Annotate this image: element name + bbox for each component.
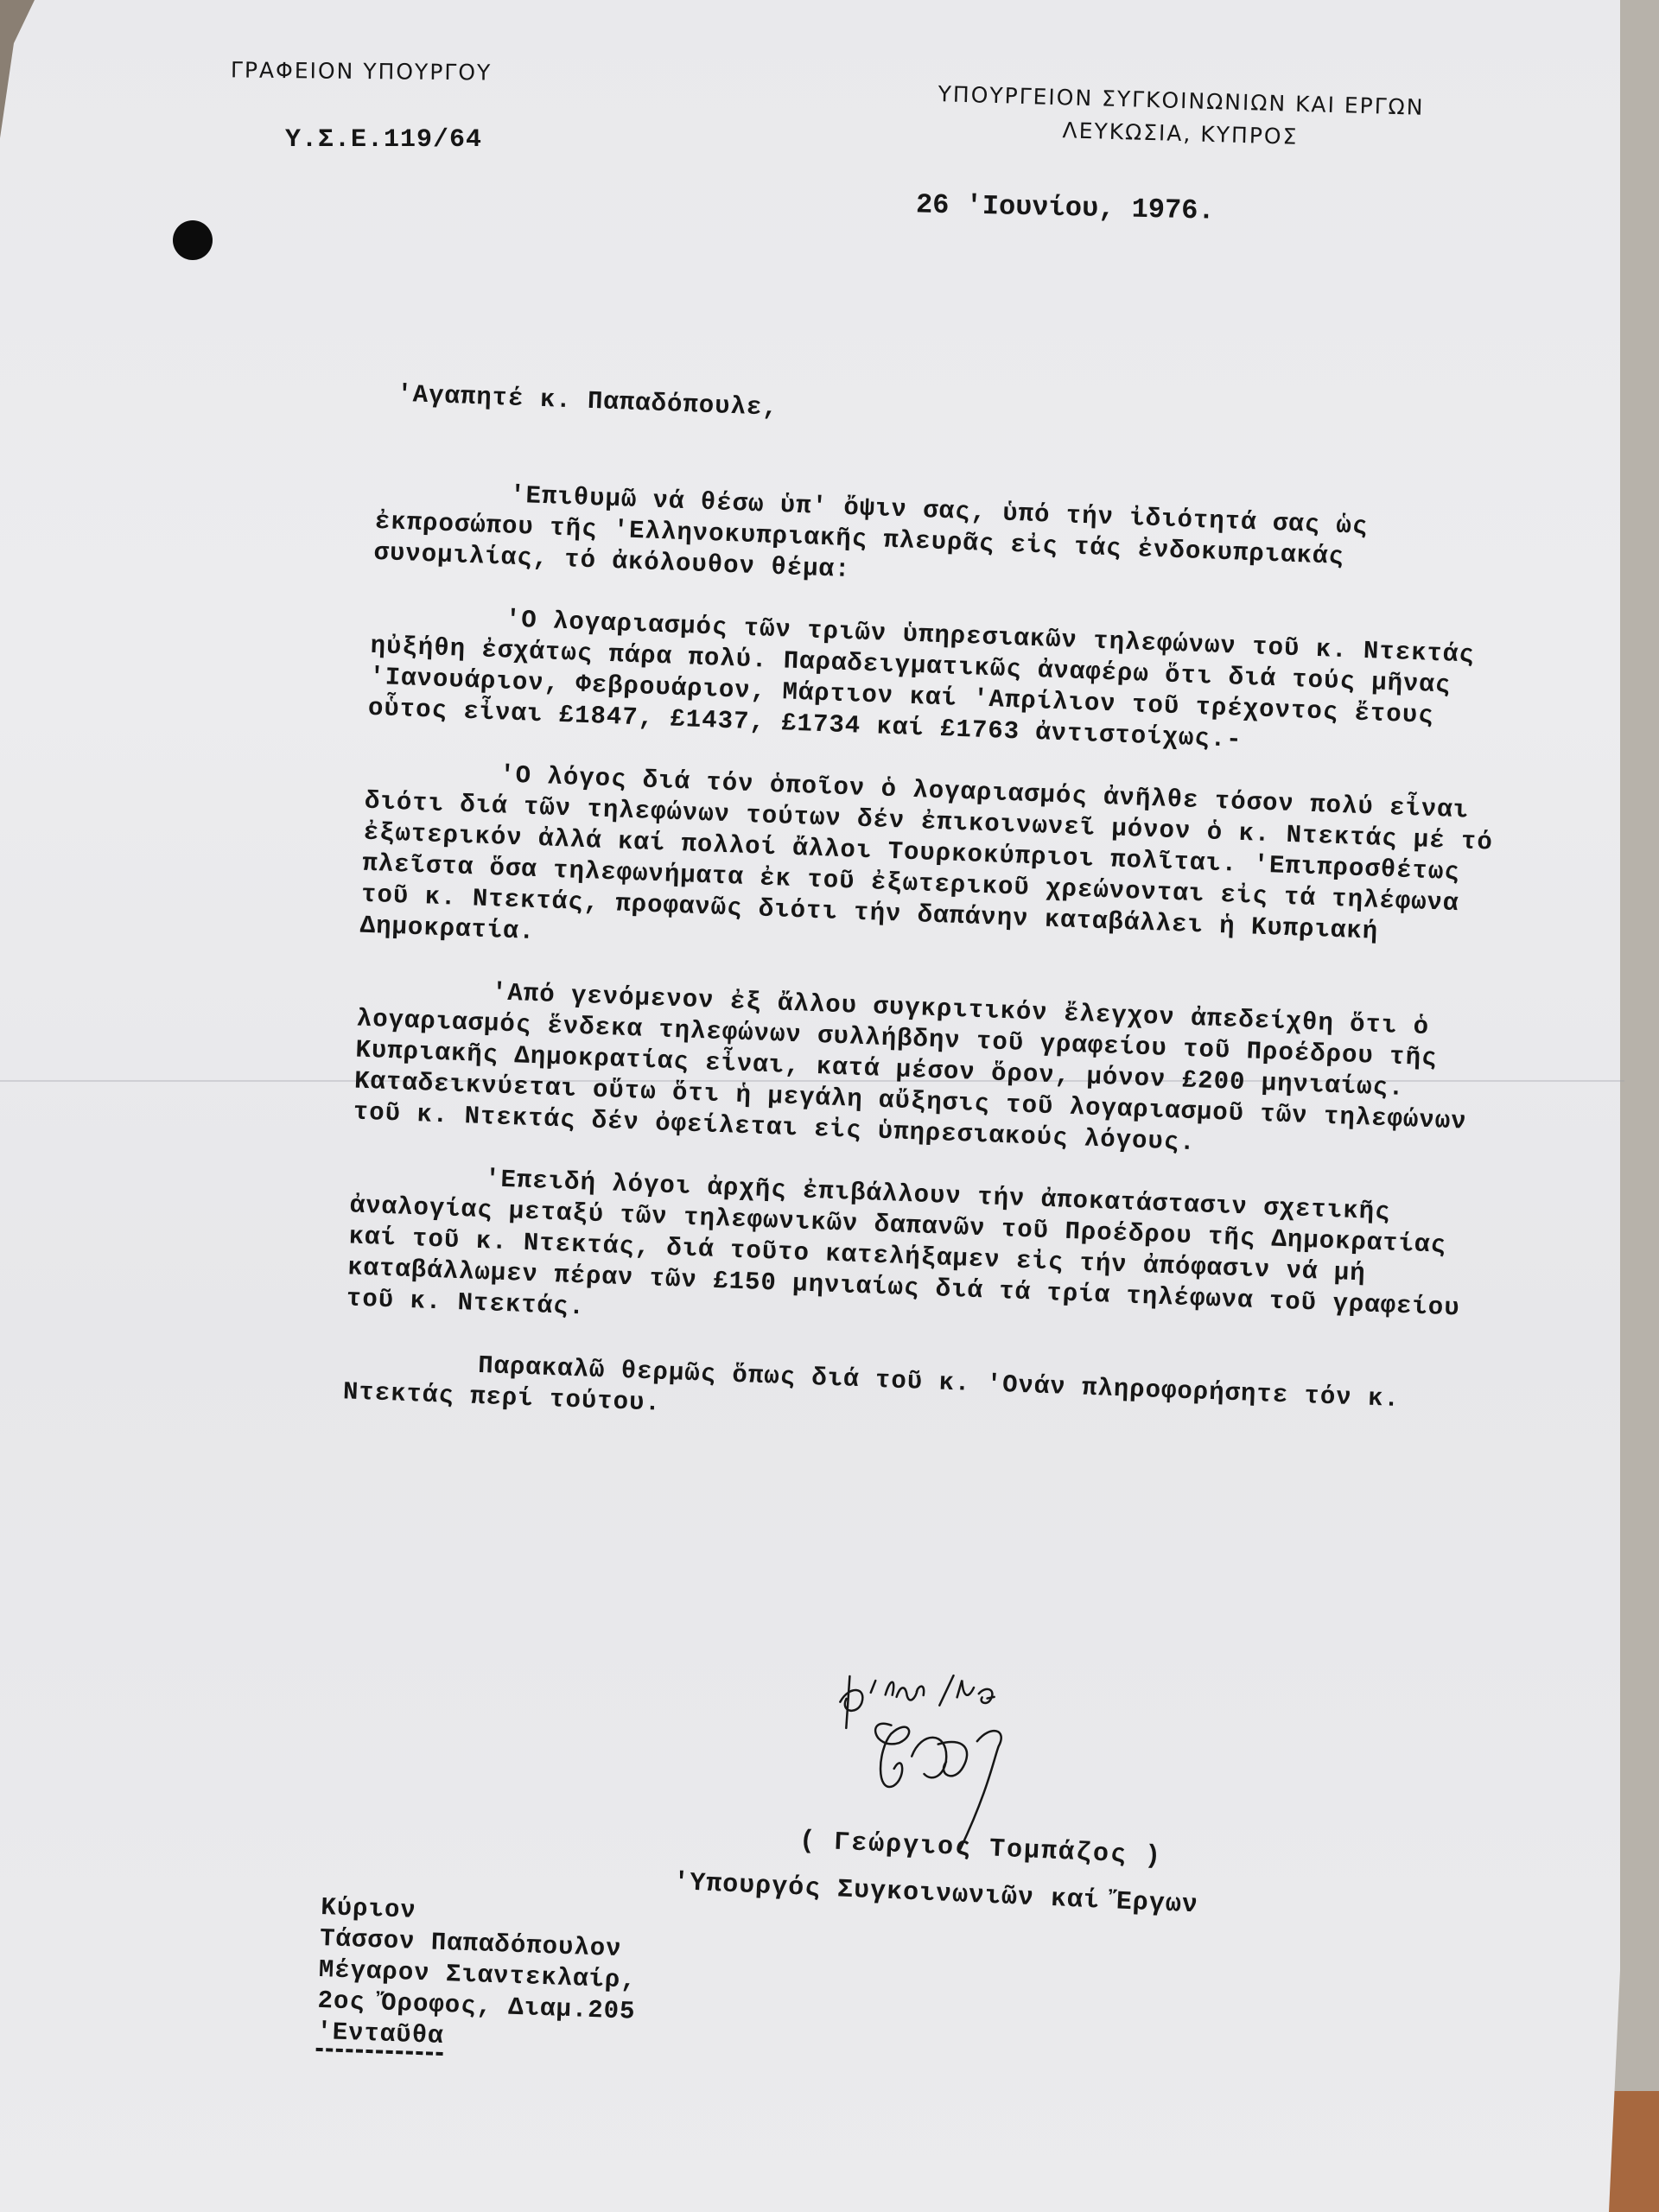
- reference-number: Υ.Σ.Ε.119/64: [285, 125, 482, 155]
- paragraph: 'Ο λόγος διά τόν ὁποῖον ὁ λογαριασμός ἀν…: [359, 755, 1506, 983]
- paragraph: 'Επειδή λόγοι ἀρχῆς ἐπιβάλλουν τήν ἀποκα…: [346, 1159, 1491, 1356]
- recipient-address: Κύριον Τάσσον Παπαδόπουλον Μέγαρον Σιαντ…: [316, 1892, 639, 2059]
- signer-title: 'Υπουργός Συγκοινωνιῶν καί Ἔργων: [673, 1868, 1199, 1920]
- letter-body: 'Αγαπητέ κ. Παπαδόπουλε, 'Επιθυμῶ νά θέσ…: [341, 378, 1520, 1481]
- salutation: 'Αγαπητέ κ. Παπαδόπουλε,: [397, 379, 1520, 452]
- punch-hole: [173, 220, 213, 260]
- letter-date: 26 'Ιουνίου, 1976.: [916, 188, 1215, 226]
- paragraph: 'Από γενόμενον ἐξ ἄλλου συγκριτικόν ἔλεγ…: [353, 973, 1498, 1170]
- recipient-locality: 'Ενταῦθα: [316, 2018, 445, 2056]
- ministry-letterhead: ΥΠΟΥΡΓΕΙΟΝ ΣΥΓΚΟΙΝΩΝΙΩΝ ΚΑΙ ΕΡΓΩΝ ΛΕΥΚΩΣ…: [937, 78, 1425, 157]
- paragraph: Παρακαλῶ θερμῶς ὅπως διά τοῦ κ. 'Ονάν πλ…: [342, 1345, 1484, 1449]
- paragraph: 'Επιθυμῶ νά θέσω ὑπ' ὄψιν σας, ὑπό τήν ἰ…: [373, 475, 1516, 610]
- office-heading: ΓΡΑΦΕΙΟΝ ΥΠΟΥΡΓΟΥ: [231, 57, 493, 85]
- letter-page: ΓΡΑΦΕΙΟΝ ΥΠΟΥΡΓΟΥ Υ.Σ.Ε.119/64 ΥΠΟΥΡΓΕΙΟ…: [0, 0, 1620, 2212]
- paragraph: 'Ο λογαριασμός τῶν τριῶν ὑπηρεσιακῶν τηλ…: [367, 600, 1511, 766]
